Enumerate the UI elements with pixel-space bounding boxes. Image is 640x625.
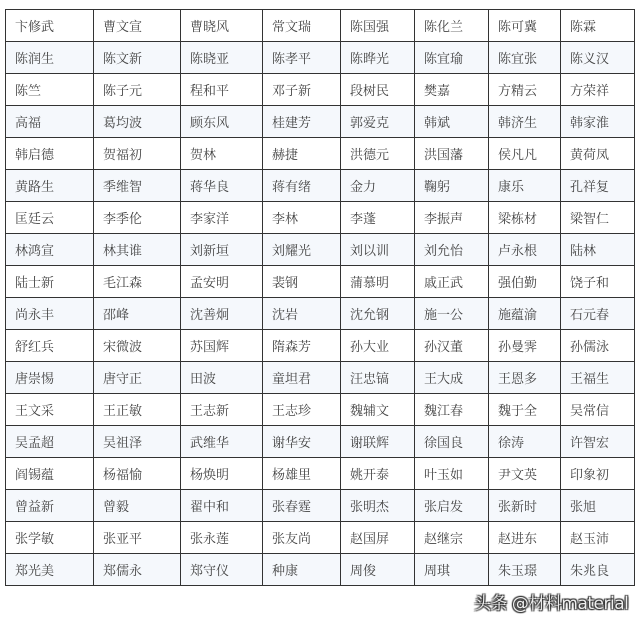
table-row: 卞修武曹文宣曹晓风常文瑞陈国强陈化兰陈可冀陈霖	[6, 10, 635, 42]
name-cell: 张明杰	[341, 490, 415, 522]
name-cell: 张旭	[561, 490, 635, 522]
name-cell: 陈晓亚	[181, 42, 263, 74]
name-cell: 沈允钢	[341, 298, 415, 330]
name-cell: 梁智仁	[561, 202, 635, 234]
name-cell: 孙儒泳	[561, 330, 635, 362]
name-cell: 方精云	[489, 74, 561, 106]
name-cell: 叶玉如	[415, 458, 489, 490]
name-cell: 陆林	[561, 234, 635, 266]
name-cell: 郭爱克	[341, 106, 415, 138]
name-cell: 曹晓风	[181, 10, 263, 42]
name-cell: 苏国辉	[181, 330, 263, 362]
name-cell: 魏辅文	[341, 394, 415, 426]
name-cell: 孙汉董	[415, 330, 489, 362]
name-cell: 裴钢	[263, 266, 341, 298]
name-cell: 常文瑞	[263, 10, 341, 42]
name-cell: 石元春	[561, 298, 635, 330]
name-cell: 孔祥复	[561, 170, 635, 202]
name-cell: 匡廷云	[6, 202, 94, 234]
name-cell: 陈子元	[94, 74, 181, 106]
name-cell: 印象初	[561, 458, 635, 490]
name-cell: 童坦君	[263, 362, 341, 394]
name-cell: 李林	[263, 202, 341, 234]
name-cell: 徐国良	[415, 426, 489, 458]
name-cell: 葛均波	[94, 106, 181, 138]
name-cell: 洪国藩	[415, 138, 489, 170]
name-cell: 洪德元	[341, 138, 415, 170]
name-cell: 朱兆良	[561, 554, 635, 586]
name-cell: 王大成	[415, 362, 489, 394]
name-cell: 魏江春	[415, 394, 489, 426]
name-cell: 陈义汉	[561, 42, 635, 74]
name-cell: 陆士新	[6, 266, 94, 298]
name-cell: 吴常信	[561, 394, 635, 426]
name-cell: 陈国强	[341, 10, 415, 42]
name-cell: 舒红兵	[6, 330, 94, 362]
name-cell: 杨雄里	[263, 458, 341, 490]
name-cell: 黄荷凤	[561, 138, 635, 170]
name-cell: 高福	[6, 106, 94, 138]
name-cell: 强伯勤	[489, 266, 561, 298]
name-cell: 施蕴渝	[489, 298, 561, 330]
name-cell: 陈化兰	[415, 10, 489, 42]
name-cell: 张新时	[489, 490, 561, 522]
name-cell: 孙曼霁	[489, 330, 561, 362]
name-cell: 陈文新	[94, 42, 181, 74]
name-cell: 桂建芳	[263, 106, 341, 138]
name-cell: 韩启德	[6, 138, 94, 170]
name-cell: 陈竺	[6, 74, 94, 106]
name-cell: 沈善炯	[181, 298, 263, 330]
name-cell: 林鸿宣	[6, 234, 94, 266]
names-table: 卞修武曹文宣曹晓风常文瑞陈国强陈化兰陈可冀陈霖陈润生陈文新陈晓亚陈孝平陈晔光陈宜…	[5, 9, 635, 586]
name-cell: 李家洋	[181, 202, 263, 234]
name-cell: 刘允怡	[415, 234, 489, 266]
name-cell: 季维智	[94, 170, 181, 202]
name-cell: 许智宏	[561, 426, 635, 458]
name-cell: 蒲慕明	[341, 266, 415, 298]
name-cell: 姚开泰	[341, 458, 415, 490]
name-cell: 刘耀光	[263, 234, 341, 266]
name-cell: 郑守仪	[181, 554, 263, 586]
table-row: 郑光美郑儒永郑守仪种康周俊周琪朱玉璟朱兆良	[6, 554, 635, 586]
name-cell: 谢联辉	[341, 426, 415, 458]
name-cell: 张友尚	[263, 522, 341, 554]
name-cell: 沈岩	[263, 298, 341, 330]
table-row: 舒红兵宋微波苏国辉隋森芳孙大业孙汉董孙曼霁孙儒泳	[6, 330, 635, 362]
table-row: 陈竺陈子元程和平邓子新段树民樊嘉方精云方荣祥	[6, 74, 635, 106]
name-cell: 毛江森	[94, 266, 181, 298]
name-cell: 汪忠镐	[341, 362, 415, 394]
name-cell: 蒋有绪	[263, 170, 341, 202]
name-cell: 李振声	[415, 202, 489, 234]
name-cell: 陈宜瑜	[415, 42, 489, 74]
name-cell: 陈宜张	[489, 42, 561, 74]
name-cell: 张春霆	[263, 490, 341, 522]
name-cell: 宋微波	[94, 330, 181, 362]
name-cell: 尹文英	[489, 458, 561, 490]
name-cell: 张亚平	[94, 522, 181, 554]
name-cell: 王福生	[561, 362, 635, 394]
table-row: 张学敏张亚平张永莲张友尚赵国屏赵继宗赵进东赵玉沛	[6, 522, 635, 554]
table-row: 阎锡蕴杨福愉杨焕明杨雄里姚开泰叶玉如尹文英印象初	[6, 458, 635, 490]
name-cell: 王志新	[181, 394, 263, 426]
name-cell: 刘新垣	[181, 234, 263, 266]
name-cell: 陈孝平	[263, 42, 341, 74]
name-cell: 曹文宣	[94, 10, 181, 42]
table-row: 曾益新曾毅翟中和张春霆张明杰张启发张新时张旭	[6, 490, 635, 522]
name-cell: 郑光美	[6, 554, 94, 586]
name-cell: 张启发	[415, 490, 489, 522]
name-cell: 隋森芳	[263, 330, 341, 362]
name-cell: 赵进东	[489, 522, 561, 554]
name-cell: 韩济生	[489, 106, 561, 138]
name-cell: 李季伦	[94, 202, 181, 234]
table-row: 吴孟超吴祖泽武维华谢华安谢联辉徐国良徐涛许智宏	[6, 426, 635, 458]
name-cell: 曾益新	[6, 490, 94, 522]
name-cell: 贺林	[181, 138, 263, 170]
table-row: 匡廷云李季伦李家洋李林李蓬李振声梁栋材梁智仁	[6, 202, 635, 234]
table-row: 高福葛均波顾东风桂建芳郭爱克韩斌韩济生韩家淮	[6, 106, 635, 138]
name-cell: 阎锡蕴	[6, 458, 94, 490]
name-cell: 张学敏	[6, 522, 94, 554]
table-row: 陈润生陈文新陈晓亚陈孝平陈晔光陈宜瑜陈宜张陈义汉	[6, 42, 635, 74]
table-row: 唐崇惕唐守正田波童坦君汪忠镐王大成王恩多王福生	[6, 362, 635, 394]
name-cell: 徐涛	[489, 426, 561, 458]
name-cell: 赵国屏	[341, 522, 415, 554]
name-cell: 吴祖泽	[94, 426, 181, 458]
name-cell: 王文采	[6, 394, 94, 426]
name-cell: 赵玉沛	[561, 522, 635, 554]
name-cell: 张永莲	[181, 522, 263, 554]
name-cell: 周俊	[341, 554, 415, 586]
table-row: 黄路生季维智蒋华良蒋有绪金力鞠躬康乐孔祥复	[6, 170, 635, 202]
name-cell: 魏于全	[489, 394, 561, 426]
table-row: 韩启德贺福初贺林赫捷洪德元洪国藩侯凡凡黄荷凤	[6, 138, 635, 170]
name-cell: 林其谁	[94, 234, 181, 266]
name-cell: 赫捷	[263, 138, 341, 170]
name-cell: 周琪	[415, 554, 489, 586]
name-cell: 方荣祥	[561, 74, 635, 106]
name-cell: 王正敏	[94, 394, 181, 426]
name-cell: 饶子和	[561, 266, 635, 298]
name-cell: 樊嘉	[415, 74, 489, 106]
name-cell: 邵峰	[94, 298, 181, 330]
name-cell: 陈可冀	[489, 10, 561, 42]
table-row: 尚永丰邵峰沈善炯沈岩沈允钢施一公施蕴渝石元春	[6, 298, 635, 330]
name-cell: 翟中和	[181, 490, 263, 522]
name-cell: 鞠躬	[415, 170, 489, 202]
name-cell: 刘以训	[341, 234, 415, 266]
name-cell: 田波	[181, 362, 263, 394]
name-cell: 孟安明	[181, 266, 263, 298]
name-cell: 程和平	[181, 74, 263, 106]
name-cell: 朱玉璟	[489, 554, 561, 586]
name-cell: 康乐	[489, 170, 561, 202]
name-cell: 曾毅	[94, 490, 181, 522]
name-cell: 段树民	[341, 74, 415, 106]
name-cell: 陈霖	[561, 10, 635, 42]
name-cell: 黄路生	[6, 170, 94, 202]
name-cell: 郑儒永	[94, 554, 181, 586]
name-cell: 陈润生	[6, 42, 94, 74]
table-row: 陆士新毛江森孟安明裴钢蒲慕明戚正武强伯勤饶子和	[6, 266, 635, 298]
name-cell: 施一公	[415, 298, 489, 330]
names-table-container: 卞修武曹文宣曹晓风常文瑞陈国强陈化兰陈可冀陈霖陈润生陈文新陈晓亚陈孝平陈晔光陈宜…	[5, 9, 635, 586]
name-cell: 唐守正	[94, 362, 181, 394]
name-cell: 梁栋材	[489, 202, 561, 234]
name-cell: 李蓬	[341, 202, 415, 234]
table-row: 林鸿宣林其谁刘新垣刘耀光刘以训刘允怡卢永根陆林	[6, 234, 635, 266]
name-cell: 卢永根	[489, 234, 561, 266]
name-cell: 谢华安	[263, 426, 341, 458]
name-cell: 杨福愉	[94, 458, 181, 490]
name-cell: 唐崇惕	[6, 362, 94, 394]
name-cell: 陈晔光	[341, 42, 415, 74]
name-cell: 贺福初	[94, 138, 181, 170]
name-cell: 尚永丰	[6, 298, 94, 330]
name-cell: 王志珍	[263, 394, 341, 426]
name-cell: 王恩多	[489, 362, 561, 394]
name-cell: 顾东风	[181, 106, 263, 138]
name-cell: 卞修武	[6, 10, 94, 42]
names-table-body: 卞修武曹文宣曹晓风常文瑞陈国强陈化兰陈可冀陈霖陈润生陈文新陈晓亚陈孝平陈晔光陈宜…	[6, 10, 635, 586]
name-cell: 戚正武	[415, 266, 489, 298]
name-cell: 邓子新	[263, 74, 341, 106]
name-cell: 侯凡凡	[489, 138, 561, 170]
name-cell: 种康	[263, 554, 341, 586]
name-cell: 赵继宗	[415, 522, 489, 554]
watermark: 头条 @材料material	[474, 589, 628, 614]
name-cell: 蒋华良	[181, 170, 263, 202]
name-cell: 金力	[341, 170, 415, 202]
name-cell: 武维华	[181, 426, 263, 458]
table-row: 王文采王正敏王志新王志珍魏辅文魏江春魏于全吴常信	[6, 394, 635, 426]
name-cell: 孙大业	[341, 330, 415, 362]
name-cell: 韩斌	[415, 106, 489, 138]
name-cell: 吴孟超	[6, 426, 94, 458]
name-cell: 杨焕明	[181, 458, 263, 490]
name-cell: 韩家淮	[561, 106, 635, 138]
